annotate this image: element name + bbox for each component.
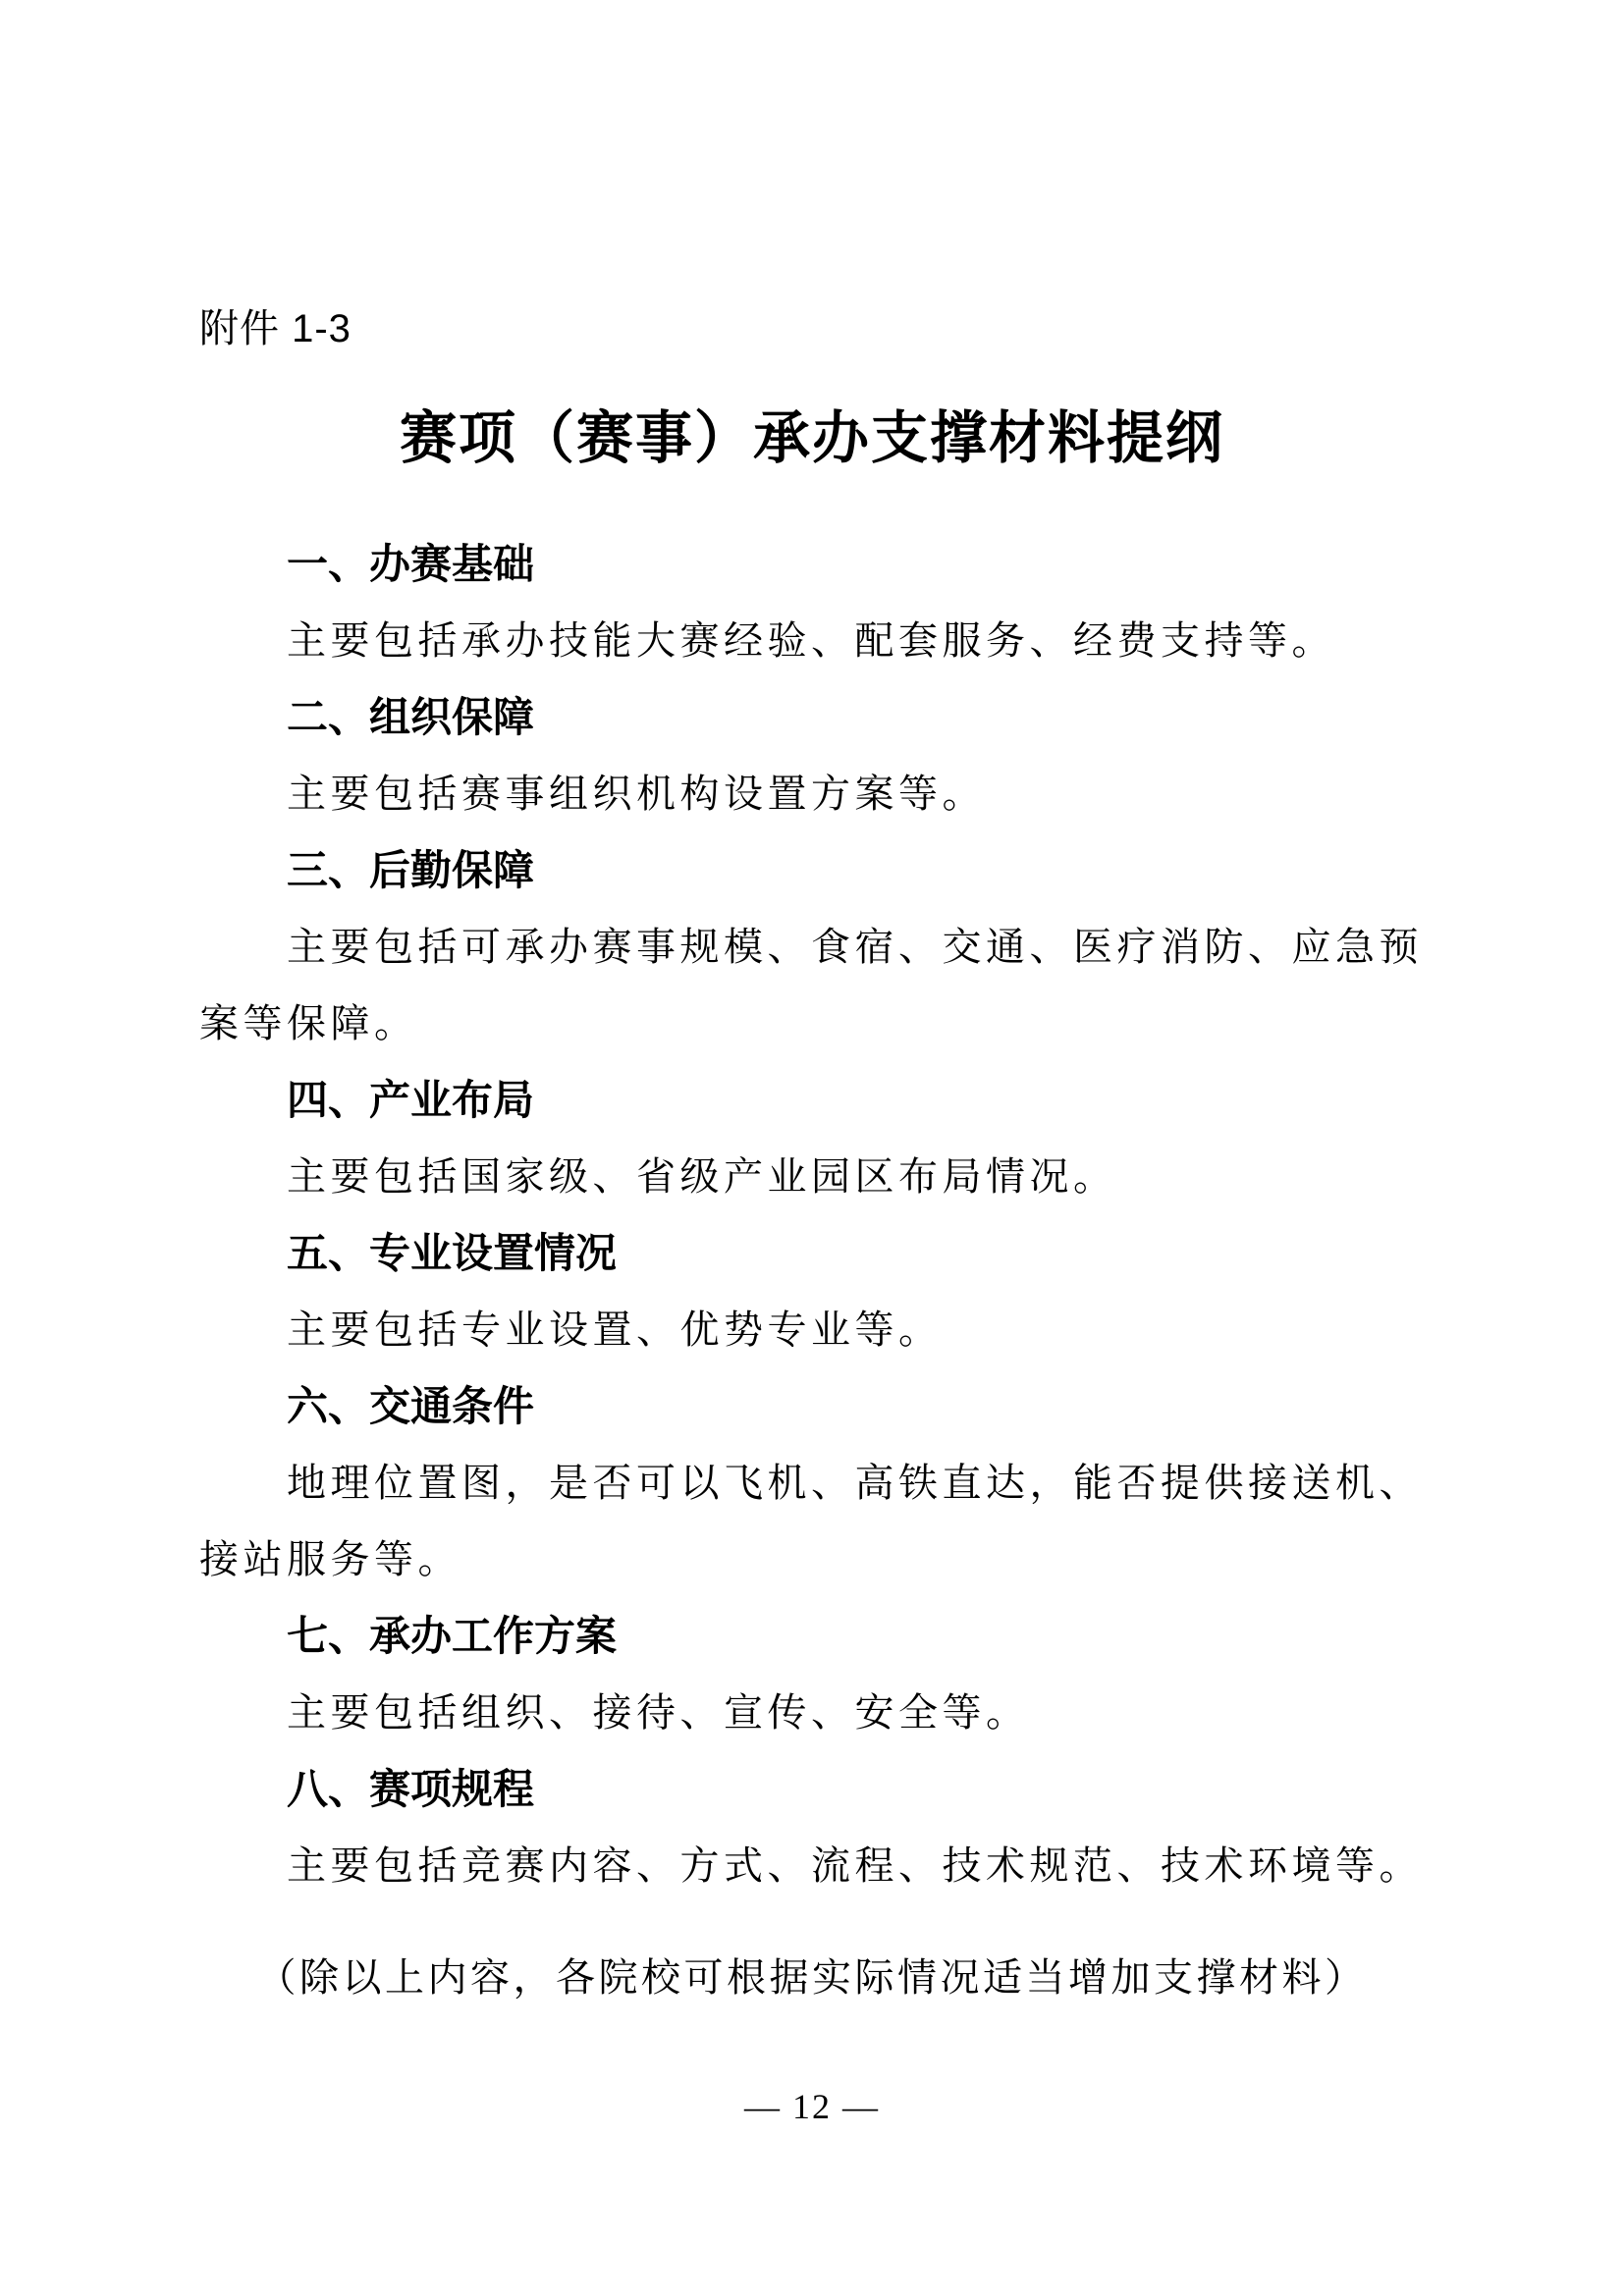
section-heading: 二、组织保障: [199, 679, 1427, 756]
section-4: 四、产业布局 主要包括国家级、省级产业园区布局情况。: [199, 1062, 1427, 1215]
document-content: 一、办赛基础 主要包括承办技能大赛经验、配套服务、经费支持等。 二、组织保障 主…: [199, 526, 1427, 1904]
section-body: 地理位置图，是否可以飞机、高铁直达，能否提供接送机、接站服务等。: [199, 1445, 1427, 1598]
supplementary-note: （除以上内容，各院校可根据实际情况适当增加支撑材料）: [0, 1940, 1624, 2016]
section-body: 主要包括可承办赛事规模、食宿、交通、医疗消防、应急预案等保障。: [199, 909, 1427, 1062]
section-heading: 一、办赛基础: [199, 526, 1427, 603]
section-heading: 三、后勤保障: [199, 832, 1427, 909]
section-3: 三、后勤保障 主要包括可承办赛事规模、食宿、交通、医疗消防、应急预案等保障。: [199, 832, 1427, 1062]
section-heading: 七、承办工作方案: [199, 1598, 1427, 1675]
section-body: 主要包括专业设置、优势专业等。: [199, 1292, 1427, 1368]
attachment-label: 附件 1-3: [199, 302, 352, 355]
section-1: 一、办赛基础 主要包括承办技能大赛经验、配套服务、经费支持等。: [199, 526, 1427, 679]
document-title: 赛项（赛事）承办支撑材料提纲: [0, 402, 1624, 473]
page-number: — 12 —: [0, 2083, 1624, 2130]
section-heading: 六、交通条件: [199, 1368, 1427, 1445]
section-body: 主要包括承办技能大赛经验、配套服务、经费支持等。: [199, 603, 1427, 679]
section-heading: 四、产业布局: [199, 1062, 1427, 1139]
section-heading: 八、赛项规程: [199, 1751, 1427, 1828]
section-7: 七、承办工作方案 主要包括组织、接待、宣传、安全等。: [199, 1598, 1427, 1751]
section-5: 五、专业设置情况 主要包括专业设置、优势专业等。: [199, 1215, 1427, 1368]
section-2: 二、组织保障 主要包括赛事组织机构设置方案等。: [199, 679, 1427, 832]
section-8: 八、赛项规程 主要包括竞赛内容、方式、流程、技术规范、技术环境等。: [199, 1751, 1427, 1904]
section-heading: 五、专业设置情况: [199, 1215, 1427, 1292]
section-body: 主要包括竞赛内容、方式、流程、技术规范、技术环境等。: [199, 1828, 1427, 1904]
section-body: 主要包括国家级、省级产业园区布局情况。: [199, 1139, 1427, 1215]
section-6: 六、交通条件 地理位置图，是否可以飞机、高铁直达，能否提供接送机、接站服务等。: [199, 1368, 1427, 1598]
section-body: 主要包括赛事组织机构设置方案等。: [199, 756, 1427, 832]
section-body: 主要包括组织、接待、宣传、安全等。: [199, 1675, 1427, 1751]
